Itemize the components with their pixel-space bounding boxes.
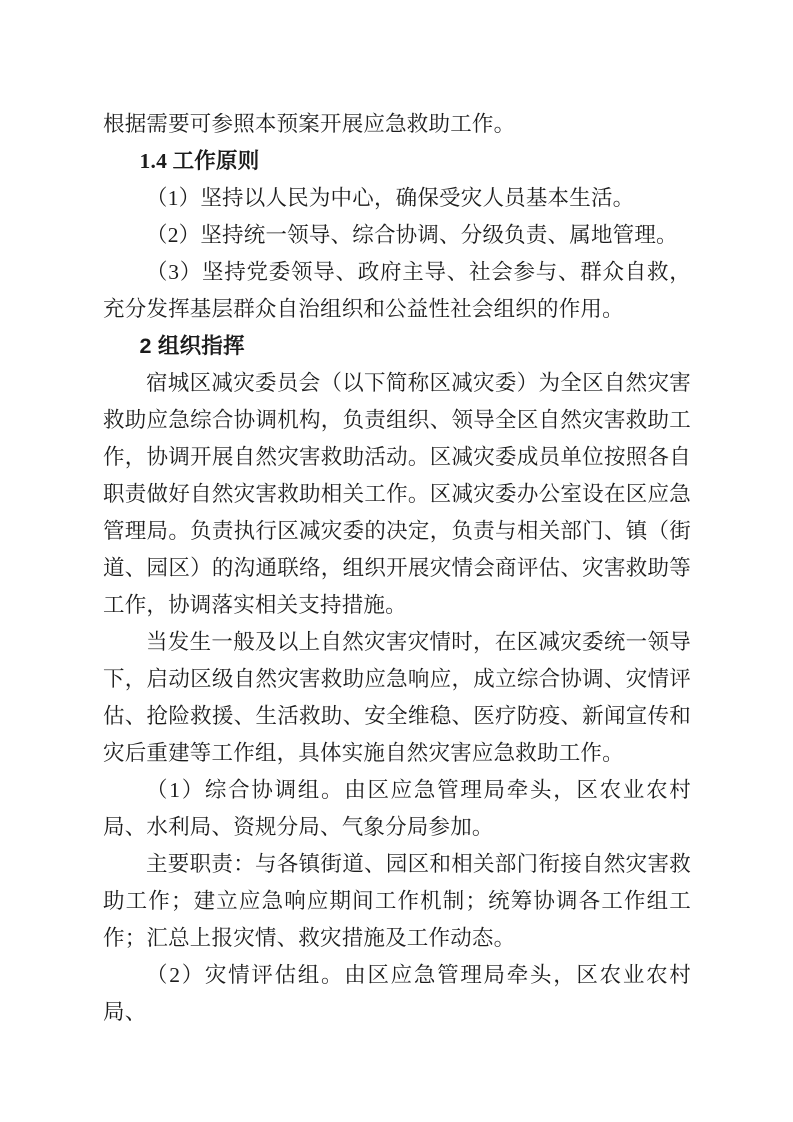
paragraph: 当发生一般及以上自然灾害灾情时，在区减灾委统一领导下，启动区级自然灾害救助应急响… bbox=[103, 624, 691, 772]
paragraph: 宿城区减灾委员会（以下简称区减灾委）为全区自然灾害救助应急综合协调机构，负责组织… bbox=[103, 365, 691, 624]
paragraph: （1）综合协调组。由区应急管理局牵头，区农业农村局、水利局、资规分局、气象分局参… bbox=[103, 772, 691, 846]
subsection-heading: 1.4 工作原则 bbox=[103, 143, 691, 180]
document-page: 根据需要可参照本预案开展应急救助工作。 1.4 工作原则 （1）坚持以人民为中心… bbox=[0, 0, 793, 1122]
paragraph: （2）坚持统一领导、综合协调、分级负责、属地管理。 bbox=[103, 217, 691, 254]
page-content: 根据需要可参照本预案开展应急救助工作。 1.4 工作原则 （1）坚持以人民为中心… bbox=[103, 106, 691, 1031]
paragraph: （1）坚持以人民为中心，确保受灾人员基本生活。 bbox=[103, 180, 691, 217]
paragraph-cutoff: （2）灾情评估组。由区应急管理局牵头，区农业农村局、 bbox=[103, 957, 691, 1031]
section-heading: 2 组织指挥 bbox=[103, 328, 691, 365]
paragraph-continuation: 根据需要可参照本预案开展应急救助工作。 bbox=[103, 106, 691, 143]
paragraph: （3）坚持党委领导、政府主导、社会参与、群众自救，充分发挥基层群众自治组织和公益… bbox=[103, 254, 691, 328]
paragraph: 主要职责：与各镇街道、园区和相关部门衔接自然灾害救助工作；建立应急响应期间工作机… bbox=[103, 846, 691, 957]
